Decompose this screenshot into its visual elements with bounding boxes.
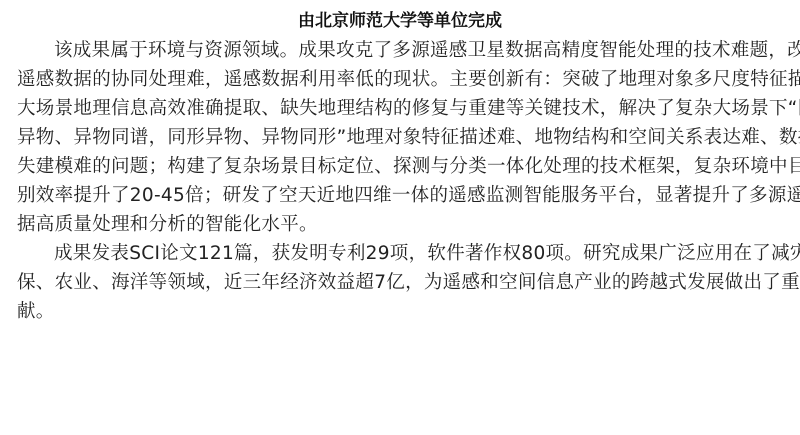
paragraph-line: 献。 [17,297,787,326]
paragraph-2: 成果发表SCI论文121篇，获发明专利29项，软件著作权80项。研究成果广泛应用… [17,239,787,326]
paragraph-1: 该成果属于环境与资源领域。成果攻克了多源遥感卫星数据高精度智能处理的技术难题，改… [17,36,787,239]
paragraph-line: 保、农业、海洋等领域，近三年经济效益超7亿，为遥感和空间信息产业的跨越式发展做出… [17,268,787,297]
paragraph-line: 遥感数据的协同处理难，遥感数据利用率低的现状。主要创新有：突破了地理对象多尺度特… [17,65,787,94]
document-body: 该成果属于环境与资源领域。成果攻克了多源遥感卫星数据高精度智能处理的技术难题，改… [17,36,787,326]
paragraph-line: 异物、异物同谱，同形异物、异物同形”地理对象特征描述难、地物结构和空间关系表达难… [17,123,787,152]
paragraph-line: 该成果属于环境与资源领域。成果攻克了多源遥感卫星数据高精度智能处理的技术难题，改… [17,36,787,65]
paragraph-line: 成果发表SCI论文121篇，获发明专利29项，软件著作权80项。研究成果广泛应用… [17,239,787,268]
paragraph-line: 大场景地理信息高效准确提取、缺失地理结构的修复与重建等关键技术，解决了复杂大场景… [17,94,787,123]
paragraph-line: 别效率提升了20-45倍；研发了空天近地四维一体的遥感监测智能服务平台，显著提升… [17,181,787,210]
document-title: 由北京师范大学等单位完成 [0,6,800,31]
paragraph-line: 失建模难的问题；构建了复杂场景目标定位、探测与分类一体化处理的技术框架，复杂环境… [17,152,787,181]
paragraph-line: 据高质量处理和分析的智能化水平。 [17,210,787,239]
